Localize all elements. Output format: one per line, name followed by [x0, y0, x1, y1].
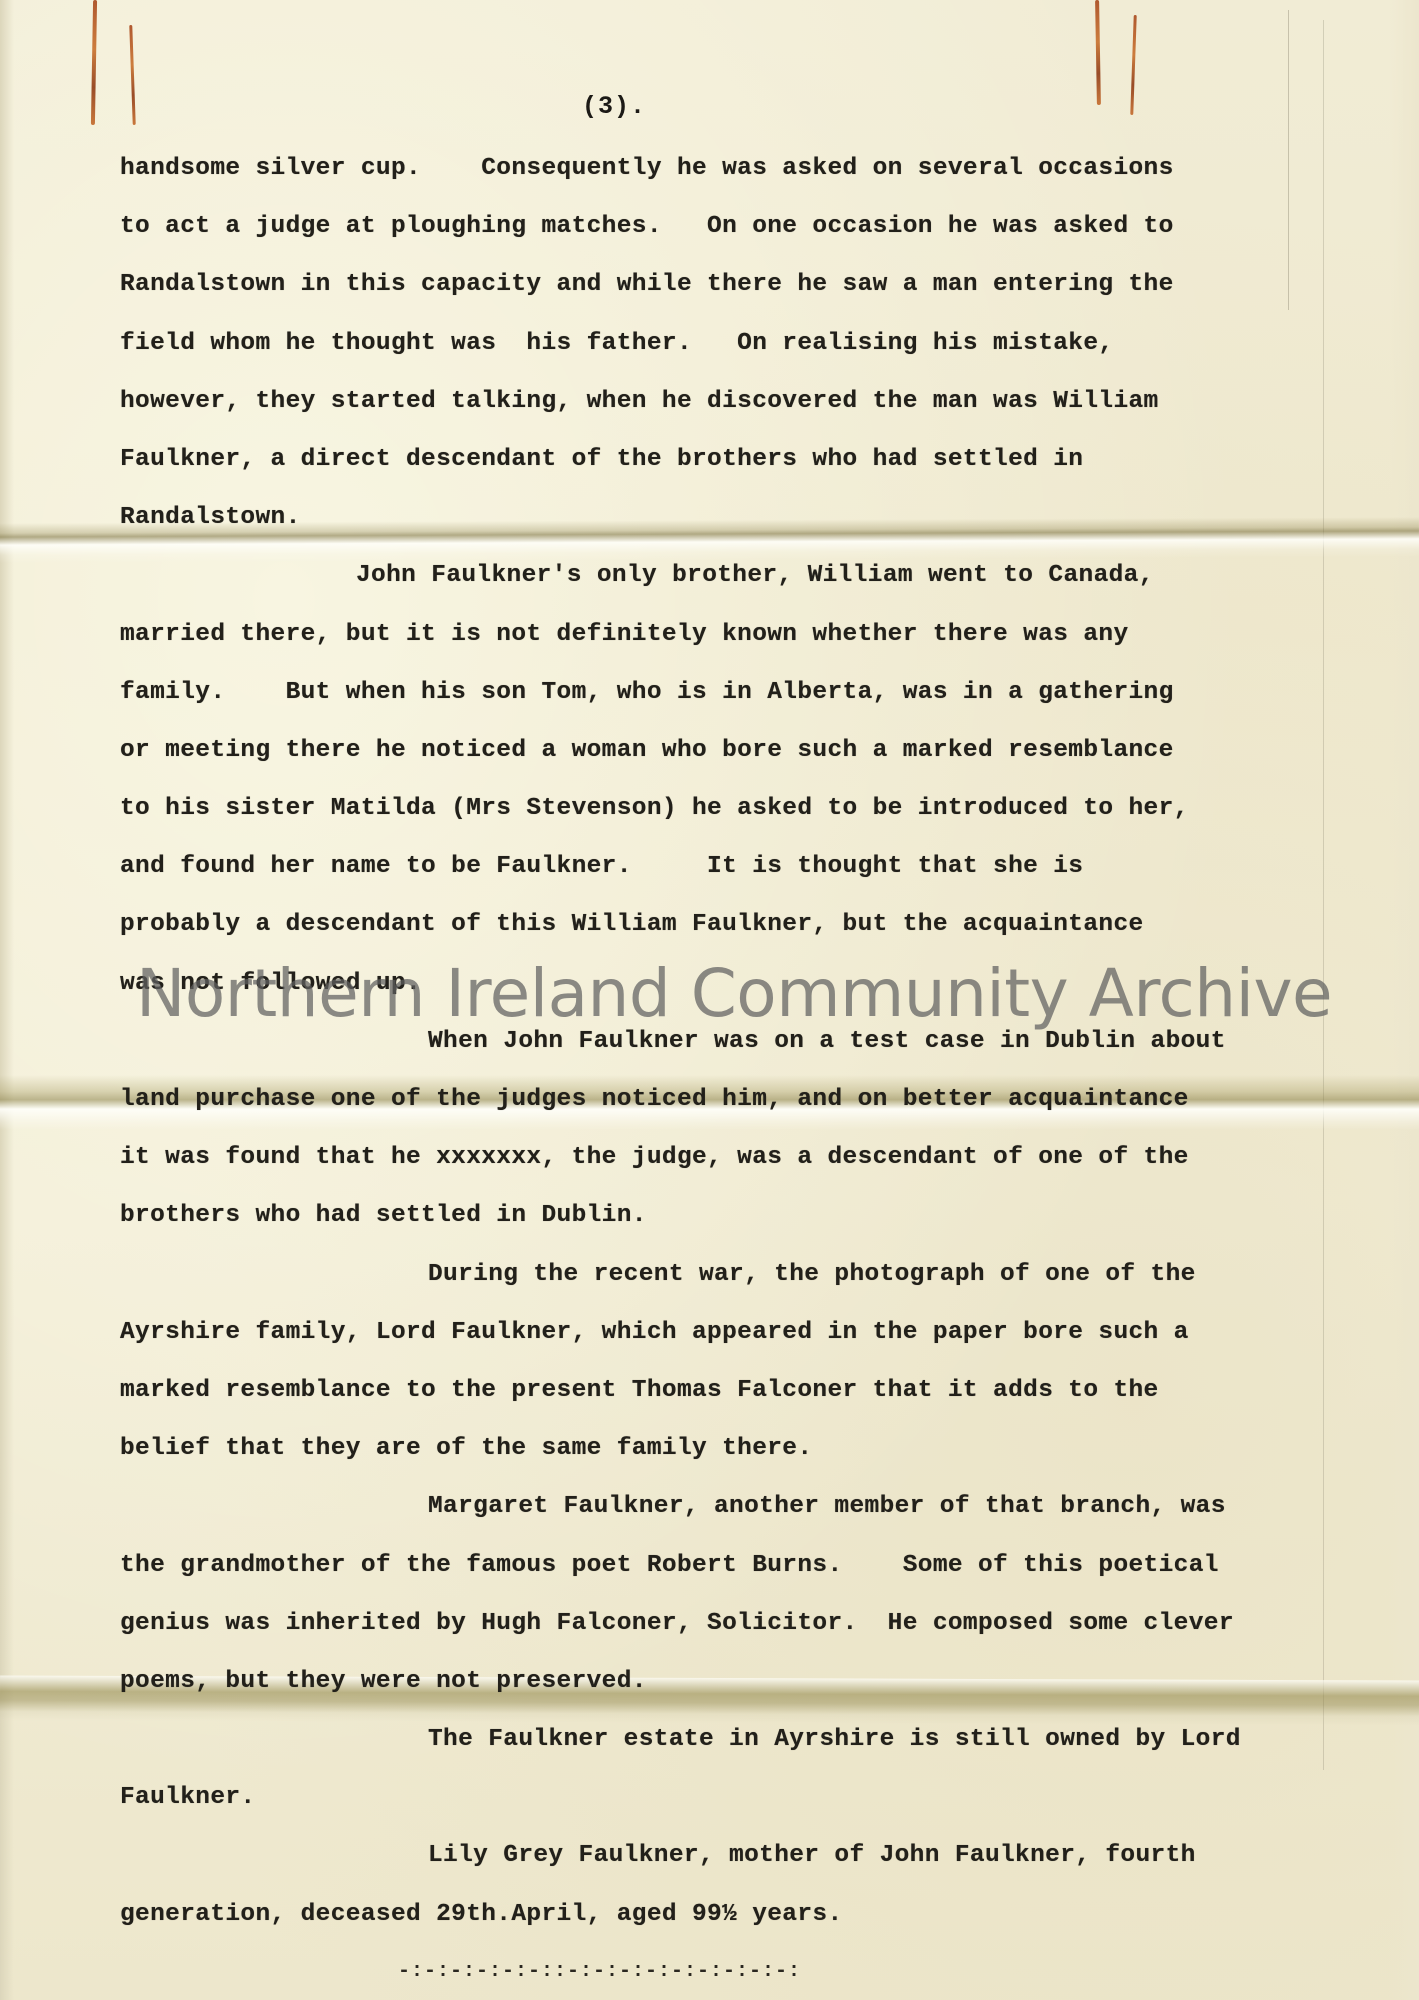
text-line: brothers who had settled in Dublin. [120, 1187, 1370, 1245]
binding-thread-icon [1130, 15, 1136, 115]
page-number: (3). [582, 92, 646, 121]
binding-thread-icon [129, 25, 135, 125]
text-line: land purchase one of the judges noticed … [120, 1071, 1370, 1129]
text-line: handsome silver cup. Consequently he was… [120, 140, 1370, 198]
text-line: it was found that he xxxxxxx, the judge,… [120, 1129, 1370, 1187]
archive-watermark: Northern Ireland Community Archive [136, 955, 1332, 1032]
text-line: marked resemblance to the present Thomas… [120, 1362, 1370, 1420]
text-line: Randalstown in this capacity and while t… [120, 256, 1370, 314]
text-line: genius was inherited by Hugh Falconer, S… [120, 1595, 1370, 1653]
typewritten-body: handsome silver cup. Consequently he was… [120, 140, 1370, 1944]
binding-thread-icon [91, 0, 97, 125]
scanned-document-page: (3). handsome silver cup. Consequently h… [0, 0, 1419, 2000]
binding-thread-icon [1095, 0, 1101, 105]
text-line: to act a judge at ploughing matches. On … [120, 198, 1370, 256]
text-line: the grandmother of the famous poet Rober… [120, 1537, 1370, 1595]
text-line: probably a descendant of this William Fa… [120, 896, 1370, 954]
text-line: or meeting there he noticed a woman who … [120, 722, 1370, 780]
text-line: During the recent war, the photograph of… [120, 1246, 1370, 1304]
text-line: Faulkner, a direct descendant of the bro… [120, 431, 1370, 489]
text-line: Randalstown. [120, 489, 1370, 547]
text-line: family. But when his son Tom, who is in … [120, 664, 1370, 722]
text-line: however, they started talking, when he d… [120, 373, 1370, 431]
text-line: poems, but they were not preserved. [120, 1653, 1370, 1711]
text-line: and found her name to be Faulkner. It is… [120, 838, 1370, 896]
text-line: to his sister Matilda (Mrs Stevenson) he… [120, 780, 1370, 838]
text-line: Margaret Faulkner, another member of tha… [120, 1478, 1370, 1536]
text-line: John Faulkner's only brother, William we… [120, 547, 1370, 605]
text-line: field whom he thought was his father. On… [120, 315, 1370, 373]
text-line: The Faulkner estate in Ayrshire is still… [120, 1711, 1370, 1769]
text-line: Faulkner. [120, 1769, 1370, 1827]
text-line: Lily Grey Faulkner, mother of John Faulk… [120, 1827, 1370, 1885]
text-line: belief that they are of the same family … [120, 1420, 1370, 1478]
text-line: married there, but it is not definitely … [120, 606, 1370, 664]
text-line: Ayrshire family, Lord Faulkner, which ap… [120, 1304, 1370, 1362]
end-separator: -:-:-:-:-:-::-:-:-:-:-:-:-:-:-: [398, 1960, 801, 1983]
text-line: generation, deceased 29th.April, aged 99… [120, 1886, 1370, 1944]
